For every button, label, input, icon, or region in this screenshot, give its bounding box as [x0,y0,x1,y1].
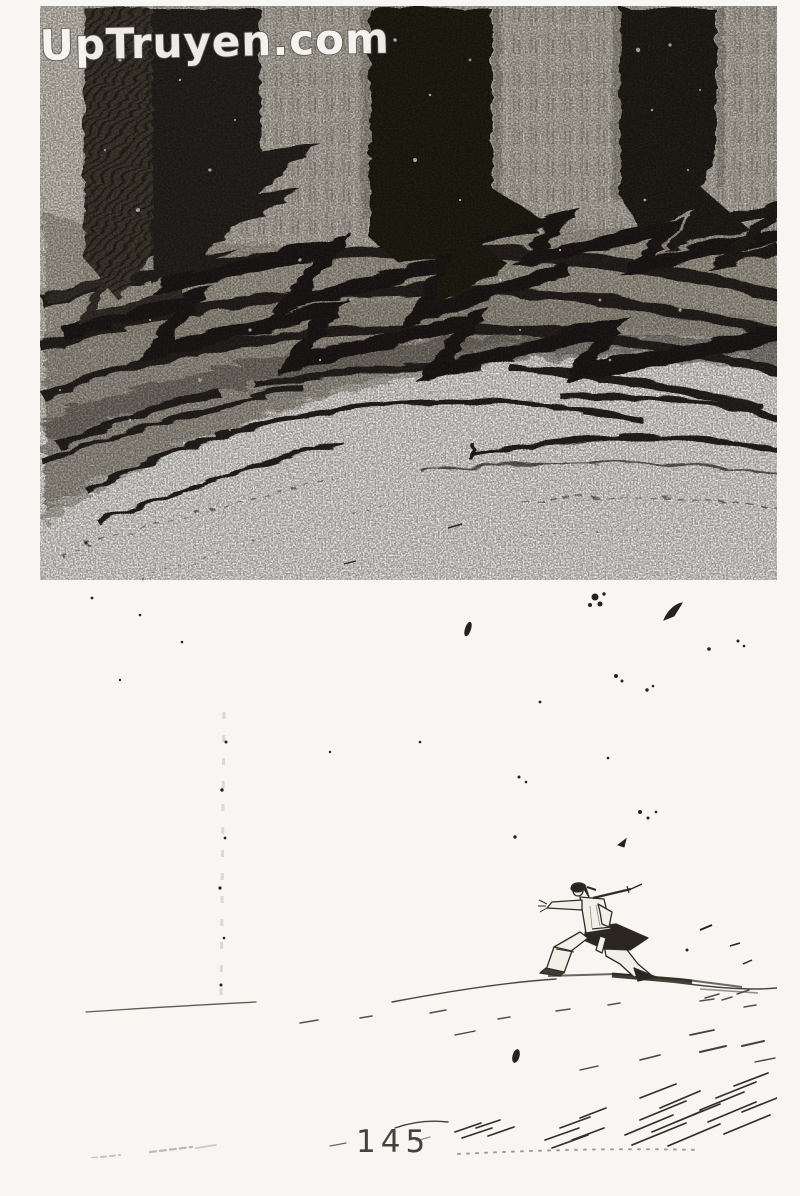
manga-panel-artwork: UpTruyen.com 145 [0,0,800,1196]
scan-grain-overlay [40,6,777,580]
site-watermark: UpTruyen.com [39,14,390,70]
manga-page: UpTruyen.com 145 [0,0,800,1196]
page-number: 145 [356,1124,430,1160]
